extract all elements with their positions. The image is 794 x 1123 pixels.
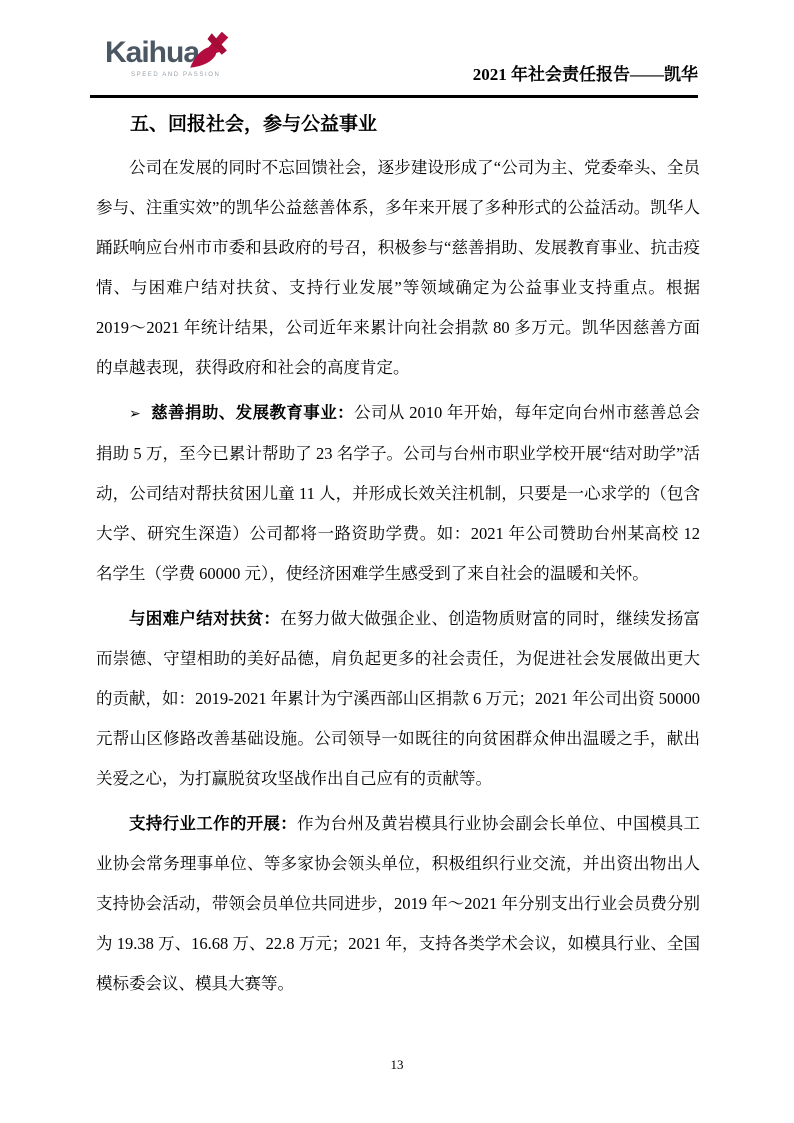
section-title: 五、回报社会，参与公益事业 bbox=[96, 110, 700, 140]
report-header-title: 2021 年社会责任报告——凯华 bbox=[473, 60, 698, 85]
paragraph-poverty-pairing: 与困难户结对扶贫：在努力做大做强企业、创造物质财富的同时，继续发扬富而崇德、守望… bbox=[96, 599, 700, 799]
kaihua-logo: Kaihua SPEED AND PASSION bbox=[105, 36, 223, 86]
hummingbird-icon bbox=[183, 28, 229, 70]
logo-row: Kaihua bbox=[105, 36, 223, 72]
paragraph-charity-education: ➢慈善捐助、发展教育事业：公司从 2010 年开始，每年定向台州市慈善总会捐助 … bbox=[96, 393, 700, 594]
paragraph-text: 在努力做大做强企业、创造物质财富的同时，继续发扬富而崇德、守望相助的美好品德，肩… bbox=[96, 609, 700, 788]
paragraph-text: 公司在发展的同时不忘回馈社会，逐步建设形成了“公司为主、党委牵头、全员参与、注重… bbox=[96, 158, 700, 377]
document-body: 五、回报社会，参与公益事业 公司在发展的同时不忘回馈社会，逐步建设形成了“公司为… bbox=[96, 104, 700, 1004]
document-page: Kaihua SPEED AND PASSION 2021 年社会责任报告——凯… bbox=[0, 0, 794, 1123]
paragraph-text: 作为台州及黄岩模具行业协会副会长单位、中国模具工业协会常务理事单位、等多家协会领… bbox=[96, 814, 700, 993]
paragraph-industry-support: 支持行业工作的开展：作为台州及黄岩模具行业协会副会长单位、中国模具工业协会常务理… bbox=[96, 804, 700, 1004]
logo-tagline: SPEED AND PASSION bbox=[105, 72, 223, 78]
paragraph-text: 公司从 2010 年开始，每年定向台州市慈善总会捐助 5 万，至今已累计帮助了 … bbox=[96, 403, 700, 583]
page-header: Kaihua SPEED AND PASSION 2021 年社会责任报告——凯… bbox=[96, 0, 698, 96]
page-footer: 13 bbox=[0, 1057, 794, 1073]
paragraph-lead: 与困难户结对扶贫： bbox=[129, 609, 280, 628]
paragraph-lead: 慈善捐助、发展教育事业： bbox=[151, 403, 354, 422]
header-divider bbox=[90, 95, 698, 98]
arrow-bullet-icon: ➢ bbox=[129, 406, 151, 422]
page-number: 13 bbox=[391, 1057, 404, 1072]
paragraph-intro: 公司在发展的同时不忘回馈社会，逐步建设形成了“公司为主、党委牵头、全员参与、注重… bbox=[96, 148, 700, 388]
paragraph-lead: 支持行业工作的开展： bbox=[129, 814, 297, 833]
